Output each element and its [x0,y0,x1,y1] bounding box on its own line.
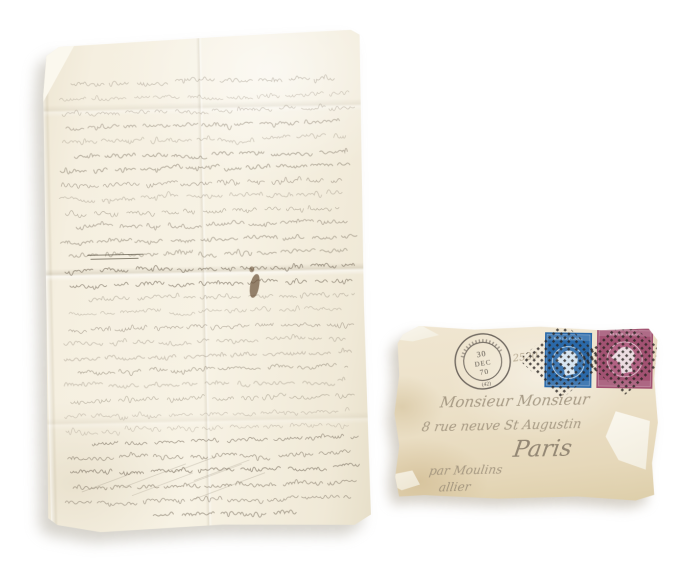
postmark-department: (42) [481,380,491,388]
postmark-year: 70 [479,367,490,377]
envelope-tear-top-left [395,324,439,342]
address-department: allier [438,480,472,495]
ceres-stamp-rose: REPUB FRANC [580,323,665,402]
letter-paper [31,29,371,534]
envelope-wear-bottom-left [394,470,420,490]
handwritten-letter [31,29,371,534]
postmark-day: 30 [476,349,487,359]
letter-handwriting [31,29,371,534]
postmark-circular-datestamp: 30 DEC 70 (42) [446,325,519,398]
photo-canvas: 30 DEC 70 (42) 2520 REPUB FRANC [0,0,700,561]
address-routing: par Moulins [428,462,503,478]
address-street: 8 rue neuve St Augustin [421,417,583,435]
address-city: Paris [511,436,573,463]
address-recipient: Monsieur Monsieur [439,390,591,411]
envelope-tear-right [605,411,650,470]
envelope-paper: 30 DEC 70 (42) 2520 REPUB FRANC [393,322,659,502]
envelope: 30 DEC 70 (42) 2520 REPUB FRANC [393,322,659,502]
